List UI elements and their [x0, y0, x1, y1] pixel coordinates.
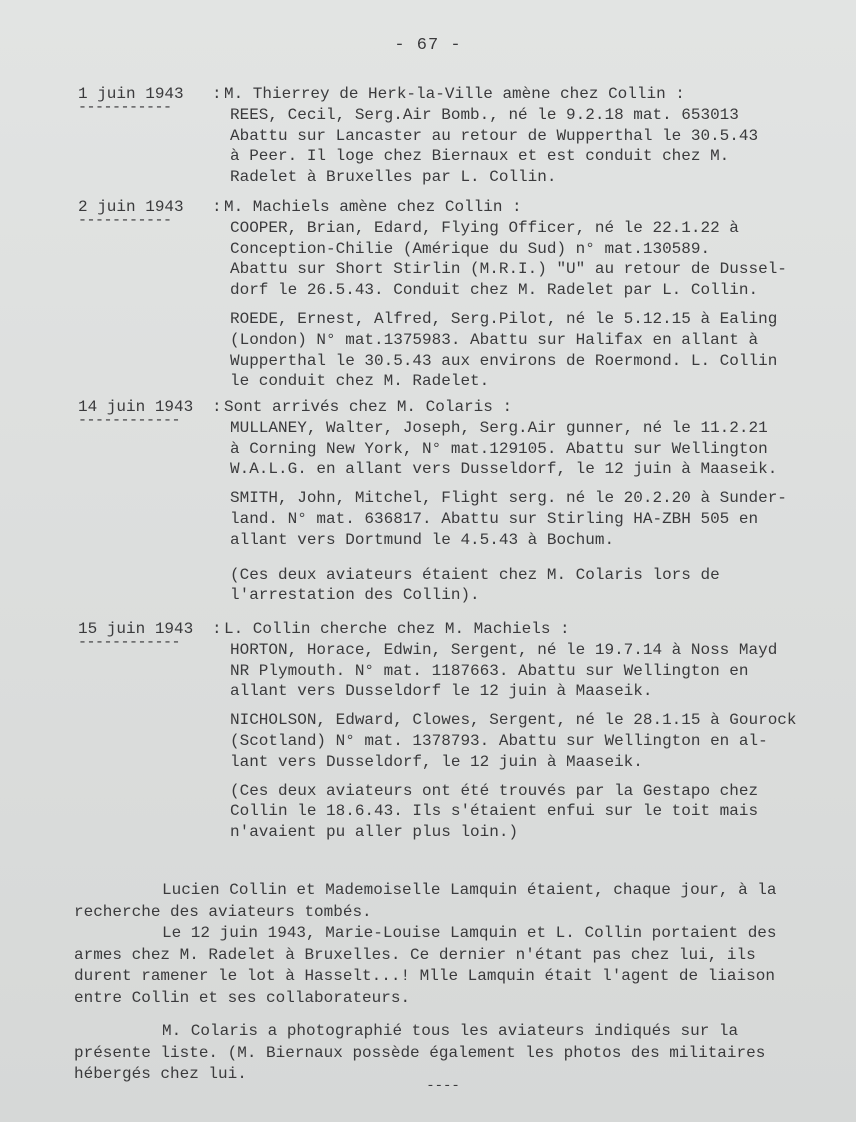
date-underline: ----------- [78, 104, 228, 112]
date-underline: ------------ [78, 417, 228, 425]
airman-record: COOPER, Brian, Edard, Flying Officer, né… [230, 218, 850, 301]
entry-body: L. Collin cherche chez M. Machiels : HOR… [230, 619, 850, 851]
airman-record: ROEDE, Ernest, Alfred, Serg.Pilot, né le… [230, 309, 850, 392]
separator-colon: : [212, 197, 222, 217]
date-underline: ------------ [78, 639, 228, 647]
entry-body: Sont arrivés chez M. Colaris : MULLANEY,… [230, 397, 850, 614]
entry-body: M. Machiels amène chez Collin : COOPER, … [230, 197, 850, 400]
entry-date-column: 14 juin 1943 ------------ [78, 397, 228, 425]
airman-record: REES, Cecil, Serg.Air Bomb., né le 9.2.1… [230, 105, 850, 188]
narrative-paragraph: Lucien Collin et Mademoiselle Lamquin ét… [74, 880, 814, 923]
entry-date-column: 1 juin 1943 ----------- [78, 84, 228, 112]
entry-intro: M. Thierrey de Herk-la-Ville amène chez … [224, 84, 850, 105]
entry-note: (Ces deux aviateurs ont été trouvés par … [230, 781, 850, 843]
airman-record: MULLANEY, Walter, Joseph, Serg.Air gunne… [230, 418, 850, 480]
airman-record: HORTON, Horace, Edwin, Sergent, né le 19… [230, 640, 850, 702]
entry-intro: M. Machiels amène chez Collin : [224, 197, 850, 218]
document-page: - 67 - 1 juin 1943 ----------- : M. Thie… [0, 0, 856, 1122]
airman-record: NICHOLSON, Edward, Clowes, Sergent, né l… [230, 710, 850, 772]
narrative-paragraph: Le 12 juin 1943, Marie-Louise Lamquin et… [74, 923, 814, 1009]
entry-body: M. Thierrey de Herk-la-Ville amène chez … [230, 84, 850, 196]
entry-intro: L. Collin cherche chez M. Machiels : [224, 619, 850, 640]
narrative-paragraph: M. Colaris a photographié tous les aviat… [74, 1021, 814, 1086]
entry-note: (Ces deux aviateurs étaient chez M. Cola… [230, 565, 850, 607]
page-number: - 67 - [0, 36, 856, 55]
separator-colon: : [212, 397, 222, 417]
entry-date-column: 2 juin 1943 ----------- [78, 197, 228, 225]
end-mark: ---- [0, 1078, 856, 1094]
separator-colon: : [212, 84, 222, 104]
separator-colon: : [212, 619, 222, 639]
narrative-section: Lucien Collin et Mademoiselle Lamquin ét… [74, 880, 814, 1086]
entry-date-column: 15 juin 1943 ------------ [78, 619, 228, 647]
entry-intro: Sont arrivés chez M. Colaris : [224, 397, 850, 418]
airman-record: SMITH, John, Mitchel, Flight serg. né le… [230, 488, 850, 550]
date-underline: ----------- [78, 217, 228, 225]
